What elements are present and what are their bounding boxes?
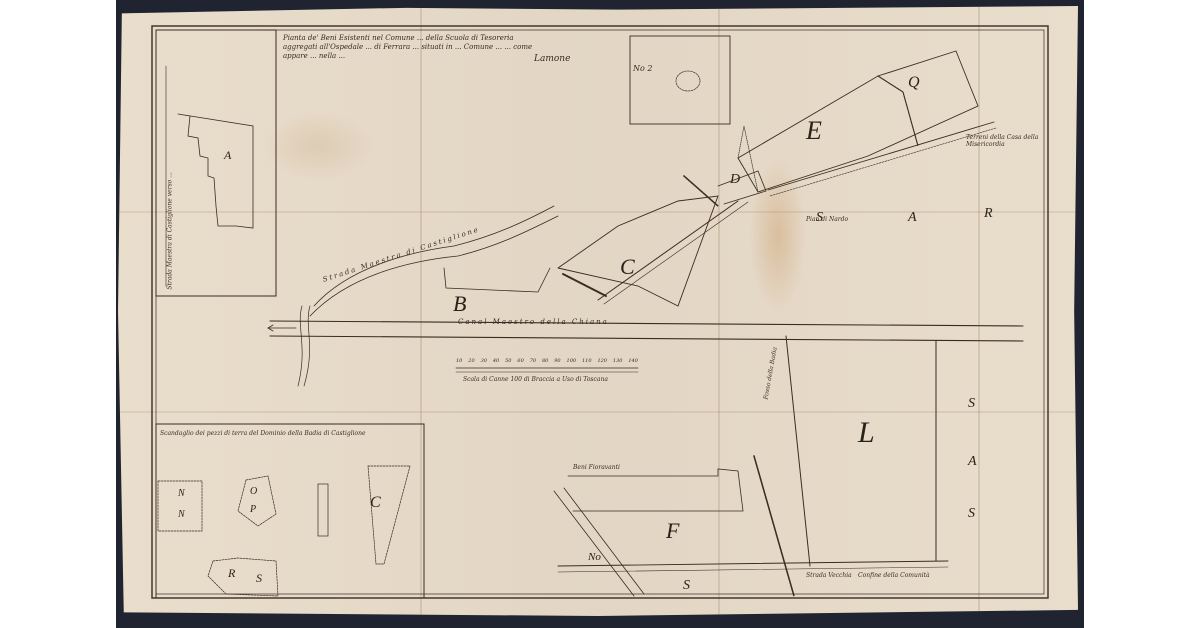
parcel-letter-n1: N [178,488,185,499]
margin-letter-a2: A [968,454,977,470]
title-line-2: aggregati all'Ospedale ... di Ferrara ..… [283,43,502,51]
scale-tick: 50 [505,358,511,364]
parcel-letter-r: R [228,566,235,581]
parcel-letter-b: B [453,291,466,317]
left-inset-vertical-text: Strada Maestra di Castiglione verso ... [167,172,174,289]
margin-letter-s: S [816,210,823,226]
scale-tick: 60 [517,358,523,364]
map-linework [118,6,1078,616]
parcel-letter-l: L [858,416,875,450]
label-canal: Canal Maestro della Chiana [458,318,609,326]
parcel-letter-s: S [683,578,690,594]
label-beni-fioravanti: Beni Fioravanti [573,464,620,471]
bottom-inset-title: Scandaglio dei pezzi di terra del Domini… [160,430,410,437]
label-confine: Confine della Comunità [858,572,930,579]
margin-letter-s3: S [968,506,975,522]
parcel-letter-a: A [224,148,231,163]
parcel-letter-c-inset: C [370,494,381,512]
parcel-letter-s-inset: S [256,571,262,586]
scale-tick: 130 [613,358,623,364]
scale-tick: 120 [597,358,607,364]
scale-tick: 80 [542,358,548,364]
margin-letter-r: R [984,206,993,222]
scale-tick: 110 [582,358,592,364]
margin-letter-a: A [908,210,917,226]
scale-tick: 100 [567,358,577,364]
title-cartouche: Pianta de' Beni Esistenti nel Comune ...… [283,34,533,61]
label-pian-di-nardo: Pian di Nardo [806,216,848,223]
inset-label-no2: No 2 [633,64,652,73]
scale-caption: Scala di Canne 100 di Braccia a Uso di T… [463,376,608,383]
parcel-letter-n2: N [178,509,185,520]
margin-letter-s2: S [968,396,975,412]
scale-tick: 10 [456,358,462,364]
label-lamone: Lamone [534,54,570,64]
title-line-1: Pianta de' Beni Esistenti nel Comune ...… [283,34,514,42]
parcel-letter-e: E [806,116,822,146]
parcel-letter-q: Q [908,74,920,92]
scale-tick: 90 [554,358,560,364]
parcel-letter-o: O [250,486,257,497]
parcel-letter-p: P [250,504,256,515]
parcel-letter-d: D [730,172,740,188]
parcel-letter-no: No [588,551,601,563]
scale-bar: 10 20 30 40 50 60 70 80 90 100 110 120 1… [456,358,638,364]
scale-tick: 20 [468,358,474,364]
scale-tick: 70 [530,358,536,364]
scale-tick: 40 [493,358,499,364]
parcel-letter-c: C [620,254,635,280]
scale-tick: 140 [628,358,638,364]
label-strada-vecchia: Strada Vecchia [806,572,852,579]
parcel-letter-f: F [666,518,679,544]
label-right-note: Terreni della Casa della Misericordia [966,134,1046,148]
scale-tick: 30 [481,358,487,364]
map-sheet: Pianta de' Beni Esistenti nel Comune ...… [118,6,1078,616]
